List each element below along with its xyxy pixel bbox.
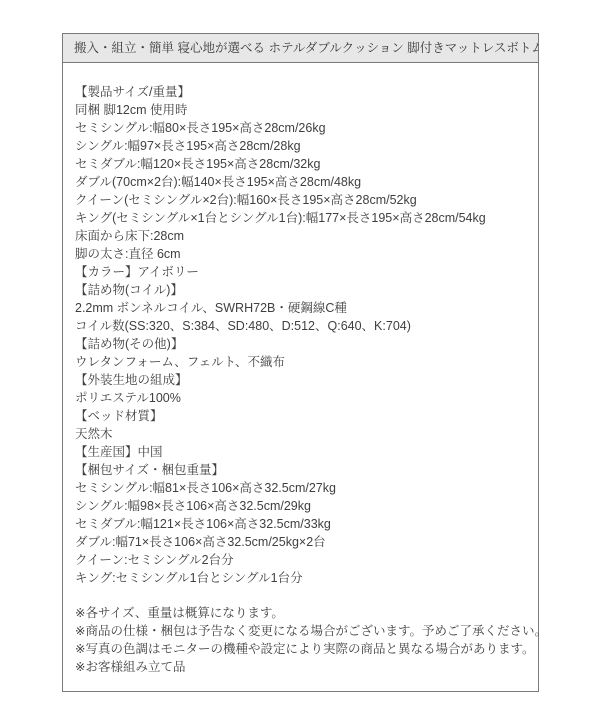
spec-line: 床面から床下:28cm bbox=[75, 227, 530, 245]
spec-line: クイーン(セミシングル×2台):幅160×長さ195×高さ28cm/52kg bbox=[75, 191, 530, 209]
spec-line: 2.2mm ボンネルコイル、SWRH72B・硬鋼線C種 bbox=[75, 299, 530, 317]
spec-line: セミシングル:幅80×長さ195×高さ28cm/26kg bbox=[75, 119, 530, 137]
spec-line: キング:セミシングル1台とシングル1台分 bbox=[75, 569, 530, 587]
note-line: ※お客様組み立て品 bbox=[75, 658, 530, 676]
spec-line: セミダブル:幅120×長さ195×高さ28cm/32kg bbox=[75, 155, 530, 173]
spec-line: ウレタンフォーム、フェルト、不織布 bbox=[75, 353, 530, 371]
spec-section-header-fabric: 【外装生地の組成】 bbox=[75, 371, 530, 389]
spec-line: セミダブル:幅121×長さ106×高さ32.5cm/33kg bbox=[75, 515, 530, 533]
spec-section-header-material: 【ベッド材質】 bbox=[75, 407, 530, 425]
spec-line: 同梱 脚12cm 使用時 bbox=[75, 101, 530, 119]
product-spec-page: 搬入・組立・簡単 寝心地が選べる ホテルダブルクッション 脚付きマットレスボトム… bbox=[0, 0, 600, 705]
spec-line: 天然木 bbox=[75, 425, 530, 443]
spec-content: 【製品サイズ/重量】 同梱 脚12cm 使用時 セミシングル:幅80×長さ195… bbox=[63, 63, 538, 676]
spec-line: ダブル(70cm×2台):幅140×長さ195×高さ28cm/48kg bbox=[75, 173, 530, 191]
spec-line: ポリエステル100% bbox=[75, 389, 530, 407]
spec-line: キング(セミシングル×1台とシングル1台):幅177×長さ195×高さ28cm/… bbox=[75, 209, 530, 227]
product-title-bar: 搬入・組立・簡単 寝心地が選べる ホテルダブルクッション 脚付きマットレスボトム… bbox=[63, 34, 538, 63]
spec-line: 脚の太さ:直径 6cm bbox=[75, 245, 530, 263]
spec-line: コイル数(SS:320、S:384、SD:480、D:512、Q:640、K:7… bbox=[75, 317, 530, 335]
spec-line: セミシングル:幅81×長さ106×高さ32.5cm/27kg bbox=[75, 479, 530, 497]
product-title: 搬入・組立・簡単 寝心地が選べる ホテルダブルクッション 脚付きマットレスボトム… bbox=[74, 41, 538, 55]
note-line: ※写真の色調はモニターの機種や設定により実際の商品と異なる場合があります。 bbox=[75, 640, 530, 658]
spec-section-header-size-weight: 【製品サイズ/重量】 bbox=[75, 83, 530, 101]
spec-section-header-coil: 【詰め物(コイル)】 bbox=[75, 281, 530, 299]
note-line: ※各サイズ、重量は概算になります。 bbox=[75, 604, 530, 622]
spec-line: クイーン:セミシングル2台分 bbox=[75, 551, 530, 569]
note-line: ※商品の仕様・梱包は予告なく変更になる場合がございます。予めご了承ください。 bbox=[75, 622, 530, 640]
spec-line: シングル:幅97×長さ195×高さ28cm/28kg bbox=[75, 137, 530, 155]
spec-section-country: 【生産国】中国 bbox=[75, 443, 530, 461]
spec-section-header-filling: 【詰め物(その他)】 bbox=[75, 335, 530, 353]
spec-section-header-packaging: 【梱包サイズ・梱包重量】 bbox=[75, 461, 530, 479]
spec-line: ダブル:幅71×長さ106×高さ32.5cm/25kg×2台 bbox=[75, 533, 530, 551]
spec-section-color: 【カラー】アイボリー bbox=[75, 263, 530, 281]
spec-frame: 搬入・組立・簡単 寝心地が選べる ホテルダブルクッション 脚付きマットレスボトム… bbox=[62, 33, 539, 692]
notes-gap bbox=[75, 587, 530, 604]
spec-line: シングル:幅98×長さ106×高さ32.5cm/29kg bbox=[75, 497, 530, 515]
